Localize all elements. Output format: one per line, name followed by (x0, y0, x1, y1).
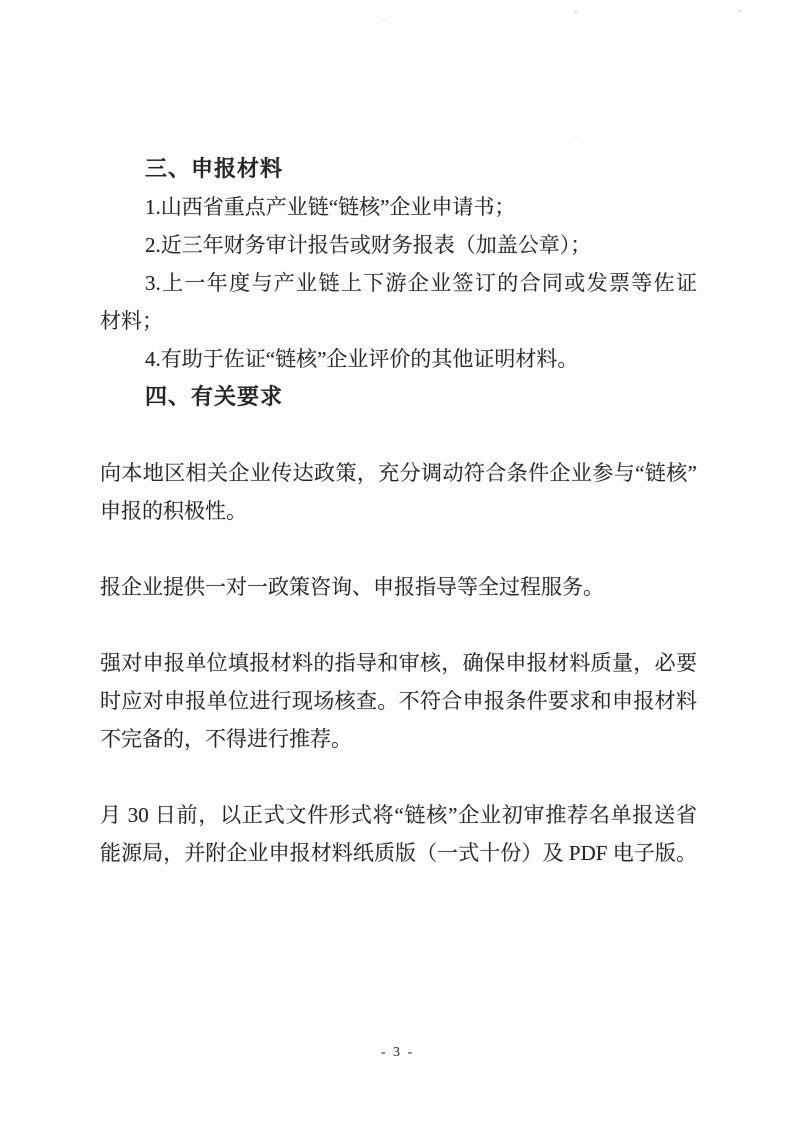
requirement-4-line-2: 月 30 日前，以正式文件形式将“链核”企业初审推荐名单报送省 (100, 796, 697, 834)
contact-person-1: 联系人：崔 健0351-4117283 (100, 872, 697, 910)
requirement-3-line-2: 强对申报单位填报材料的指导和审核，确保申报材料质量，必要 (100, 644, 697, 682)
page-number: - 3 - (0, 1045, 795, 1061)
requirement-1-line-3: 申报的积极性。 (100, 492, 697, 530)
material-item-3-line-1: 3.上一年度与产业链上下游企业签订的合同或发票等佐证 (100, 264, 697, 302)
contact-person-2: 王 鹏0351-4117224 (100, 910, 697, 948)
requirement-1-line-2: 向本地区相关企业传达政策，充分调动符合条件企业参与“链核” (100, 454, 697, 492)
requirement-4-line-3: 能源局，并附企业申报材料纸质版（一式十份）及 PDF 电子版。 (100, 834, 697, 872)
scan-speck (575, 136, 577, 138)
requirement-3-line-1: （三）严格审核。山西综改示范区管委会、各市能源局要加 (100, 606, 697, 644)
material-item-4: 4.有助于佐证“链核”企业评价的其他证明材料。 (100, 340, 697, 378)
document-content: 三、申报材料 1.山西省重点产业链“链核”企业申请书； 2.近三年财务审计报告或… (100, 150, 697, 986)
requirement-2-line-2: 报企业提供一对一政策咨询、申报指导等全过程服务。 (100, 568, 697, 606)
document-page: 三、申报材料 1.山西省重点产业链“链核”企业申请书； 2.近三年财务审计报告或… (0, 0, 795, 1122)
requirement-2-line-1: （二）做好服务。山西综改示范区管委会、各市能源局对申 (100, 530, 697, 568)
requirement-3-line-4: 不完备的，不得进行推荐。 (100, 720, 697, 758)
requirement-1-line-1: （一）高度重视。山西综改示范区管委会、各市能源局及时 (100, 416, 697, 454)
scan-speck (383, 19, 385, 21)
section-4-heading: 四、有关要求 (100, 378, 697, 416)
section-3-heading: 三、申报材料 (100, 150, 697, 188)
contact-email-line: 邮 箱：sxnyjxnyc@126.com (100, 948, 697, 986)
material-item-1: 1.山西省重点产业链“链核”企业申请书； (100, 188, 697, 226)
requirement-3-line-3: 时应对申报单位进行现场核查。不符合申报条件要求和申报材料 (100, 682, 697, 720)
material-item-2: 2.近三年财务审计报告或财务报表（加盖公章）； (100, 226, 697, 264)
scan-speck (574, 11, 577, 14)
scan-speck (738, 9, 741, 12)
material-item-3-line-2: 材料； (100, 302, 697, 340)
requirement-4-line-1: （四）按时报送。山西综改示范区管委会、各市能源局于 5 (100, 758, 697, 796)
